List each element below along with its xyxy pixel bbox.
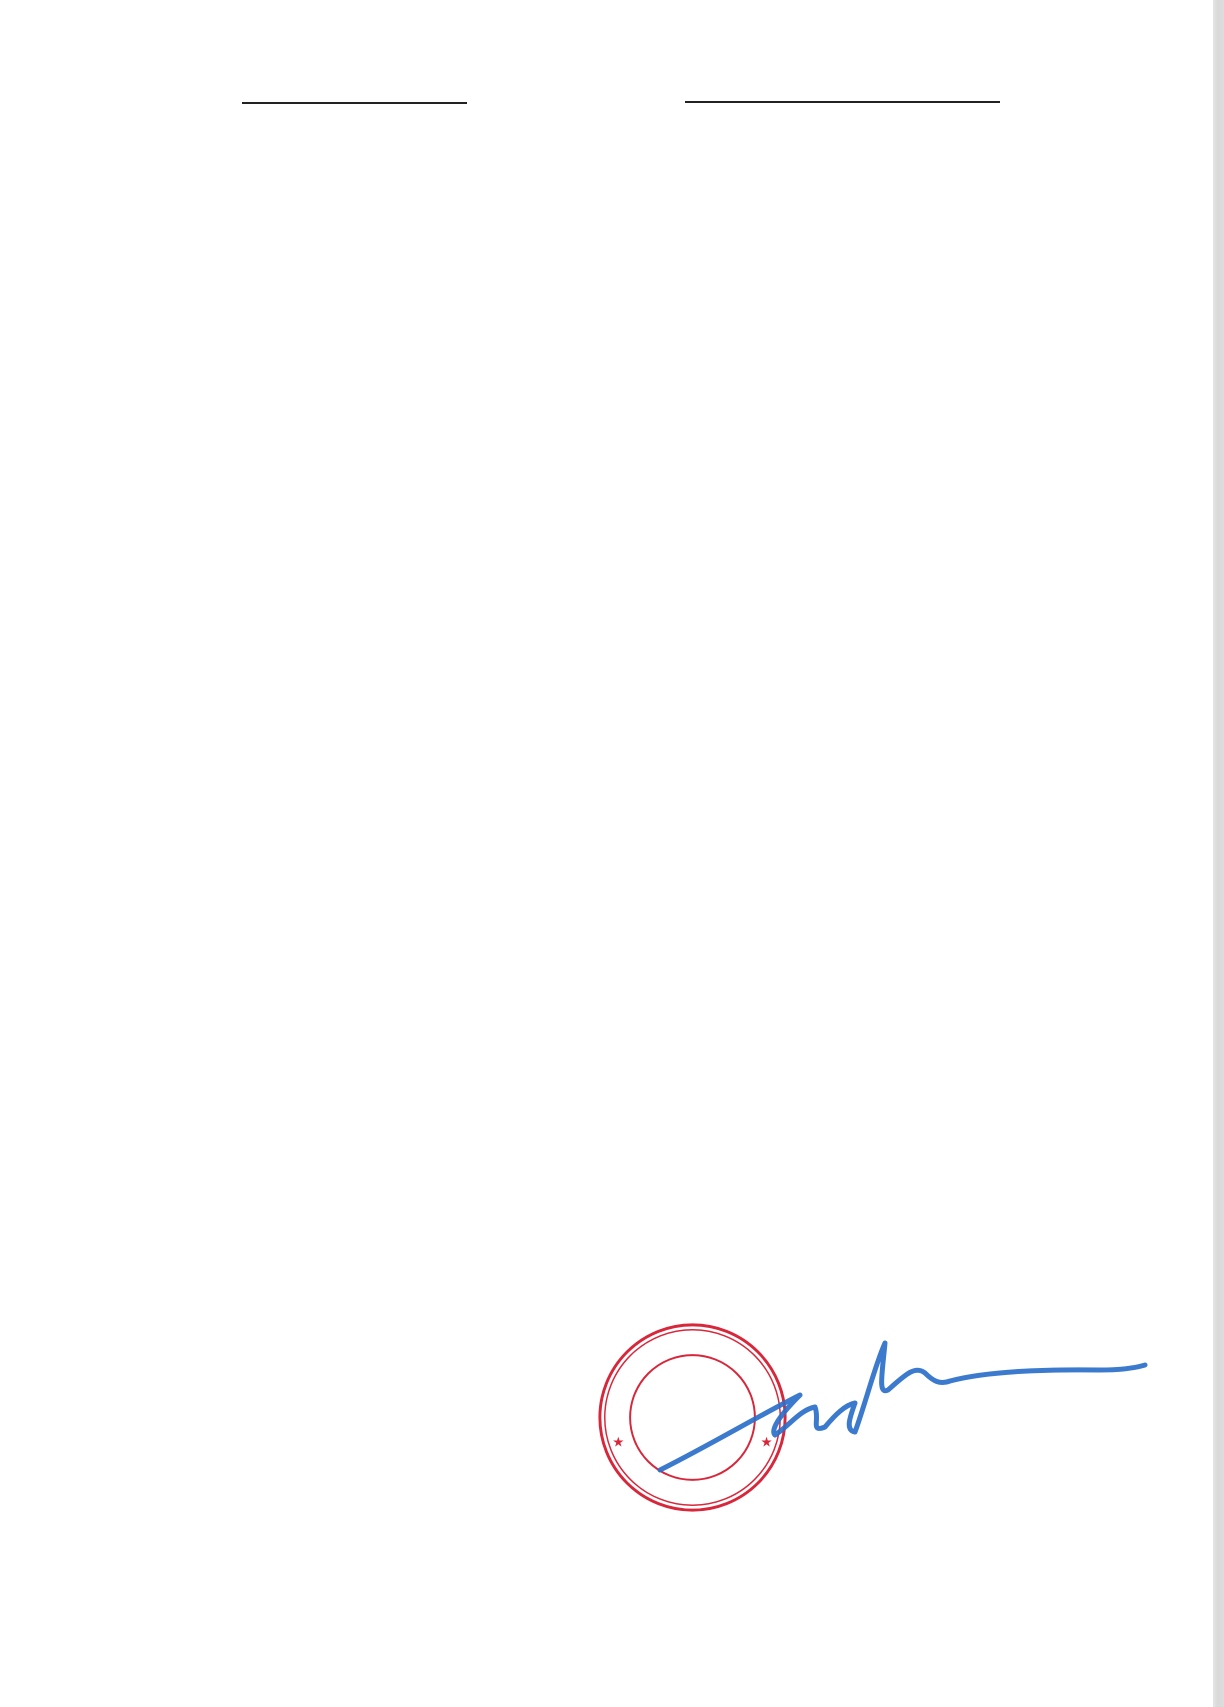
national-heading (560, 100, 1140, 103)
paragraph-unit-support (153, 845, 1088, 1007)
paragraph-contact (153, 1018, 1088, 1148)
paragraph-implementation (153, 523, 1088, 620)
document-page: ★ ★ (0, 0, 1213, 1707)
seal-star-left-icon: ★ (612, 1435, 624, 1450)
paragraph-basis (153, 630, 1088, 760)
text-line (153, 630, 1088, 662)
text-line (153, 975, 1088, 1007)
handwritten-signature-icon (650, 1335, 1150, 1475)
text-line (153, 877, 1088, 909)
text-line (153, 1189, 1088, 1221)
text-line (153, 588, 1088, 620)
text-line (153, 1157, 1088, 1189)
text-line (153, 1115, 1088, 1147)
text-line (153, 942, 1088, 974)
text-line (153, 1018, 1088, 1050)
text-line (153, 727, 1088, 759)
paragraph-list-info (153, 770, 1088, 835)
text-line (153, 802, 1088, 834)
paragraph-closing (153, 1157, 1088, 1222)
motto-underline (685, 101, 1000, 103)
issuer-block (100, 100, 600, 104)
text-line (153, 910, 1088, 942)
text-line (153, 555, 1088, 587)
text-line (153, 662, 1088, 694)
text-line (153, 770, 1088, 802)
text-line (153, 523, 1088, 555)
issuer-underline (242, 102, 467, 104)
text-line (153, 1050, 1088, 1082)
text-line (153, 1083, 1088, 1115)
page-edge-scrollbar[interactable] (1213, 0, 1224, 1707)
text-line (153, 845, 1088, 877)
text-line (153, 695, 1088, 727)
